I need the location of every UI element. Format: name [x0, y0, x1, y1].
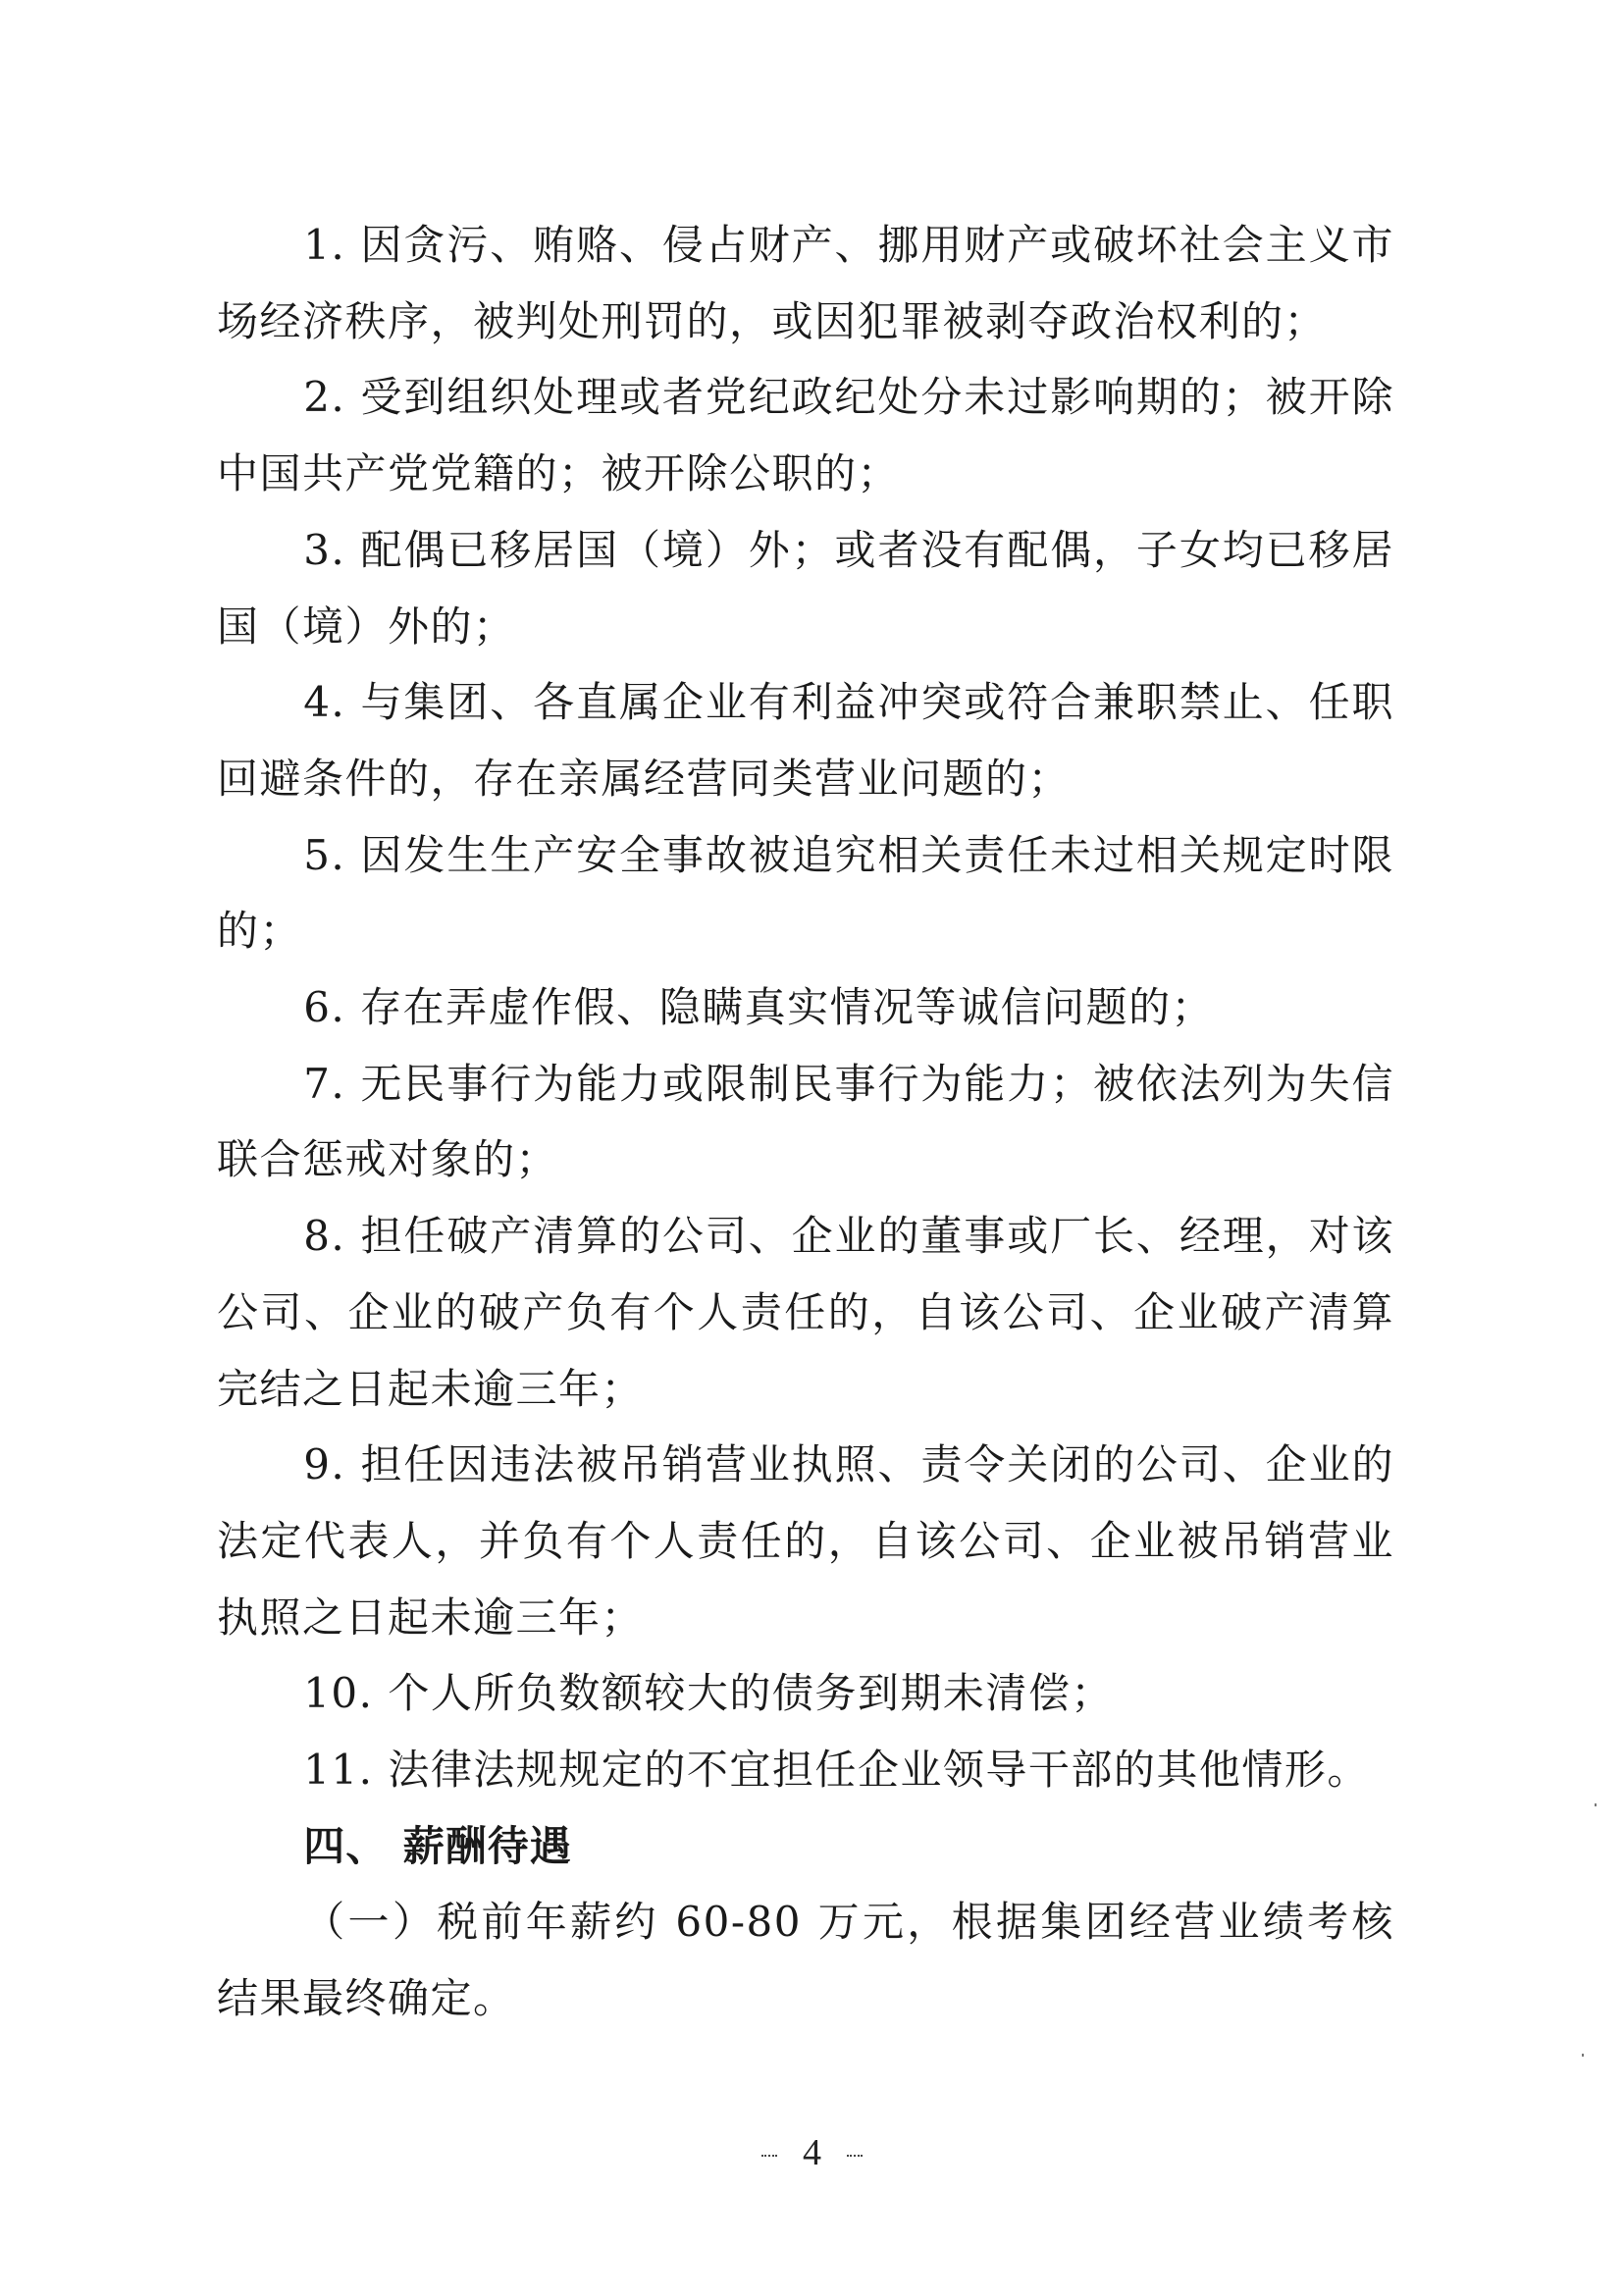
list-item-6: 6. 存在弄虚作假、隐瞒真实情况等诚信问题的；: [217, 969, 1394, 1046]
scan-speck: [1582, 2054, 1584, 2057]
page-number-dash-right: [847, 2155, 863, 2157]
page-footer: 4: [0, 2131, 1624, 2174]
section-heading-compensation: 四、 薪酬待遇: [217, 1808, 1394, 1885]
list-item-2: 2. 受到组织处理或者党纪政纪处分未过影响期的；被开除中国共产党党籍的；被开除公…: [217, 359, 1394, 511]
list-item-8: 8. 担任破产清算的公司、企业的董事或厂长、经理，对该公司、企业的破产负有个人责…: [217, 1198, 1394, 1427]
list-item-4: 4. 与集团、各直属企业有利益冲突或符合兼职禁止、任职回避条件的，存在亲属经营同…: [217, 664, 1394, 816]
list-item-10: 10. 个人所负数额较大的债务到期未清偿；: [217, 1655, 1394, 1732]
document-body: 1. 因贪污、贿赂、侵占财产、挪用财产或破坏社会主义市场经济秩序，被判处刑罚的，…: [217, 207, 1394, 2037]
list-item-7: 7. 无民事行为能力或限制民事行为能力；被依法列为失信联合惩戒对象的；: [217, 1046, 1394, 1198]
list-item-1: 1. 因贪污、贿赂、侵占财产、挪用财产或破坏社会主义市场经济秩序，被判处刑罚的，…: [217, 207, 1394, 359]
page-number: 4: [803, 2132, 821, 2173]
salary-paragraph: （一）税前年薪约 60-80 万元，根据集团经营业绩考核结果最终确定。: [217, 1884, 1394, 2036]
list-item-11: 11. 法律法规规定的不宜担任企业领导干部的其他情形。: [217, 1732, 1394, 1808]
list-item-9: 9. 担任因违法被吊销营业执照、责令关闭的公司、企业的法定代表人，并负有个人责任…: [217, 1427, 1394, 1655]
list-item-5: 5. 因发生生产安全事故被追究相关责任未过相关规定时限的；: [217, 817, 1394, 969]
page-number-dash-left: [761, 2155, 777, 2157]
list-item-3: 3. 配偶已移居国（境）外；或者没有配偶，子女均已移居国（境）外的；: [217, 512, 1394, 664]
scan-speck: [1595, 1803, 1597, 1806]
